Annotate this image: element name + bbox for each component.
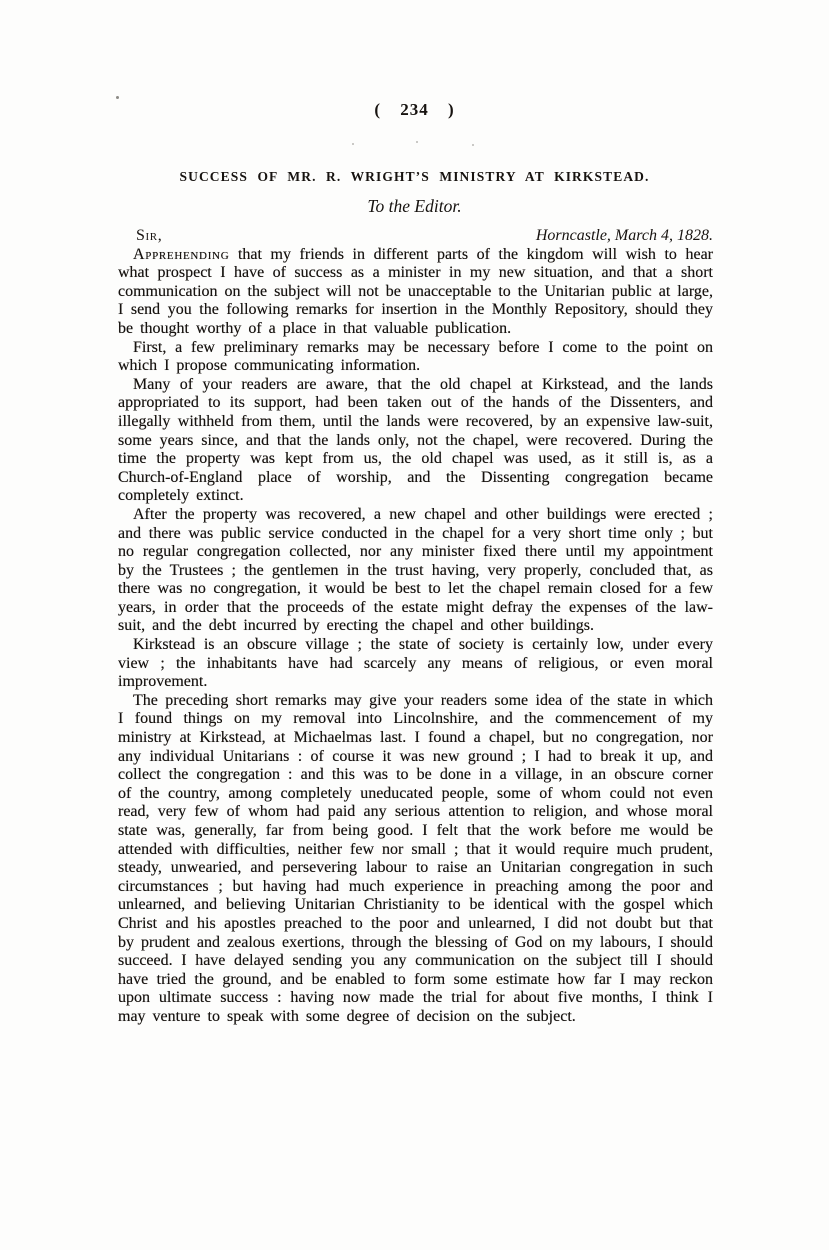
- scan-speck: [116, 96, 119, 99]
- scanned-page: ( 234 ) SUCCESS OF MR. R. WRIGHT’S MINIS…: [0, 0, 829, 1250]
- paragraph-ministry-account: The preceding short remarks may give you…: [118, 692, 713, 1027]
- paragraph-text: After the property was recovered, a new …: [118, 506, 713, 635]
- paragraph-apprehending: Apprehending that my friends in differen…: [118, 246, 713, 339]
- paragraph-old-chapel: Many of your readers are aware, that the…: [118, 376, 713, 506]
- paragraph-text: First, a few preliminary remarks may be …: [118, 339, 713, 375]
- article-title: SUCCESS OF MR. R. WRIGHT’S MINISTRY AT K…: [0, 169, 829, 185]
- scan-speck: [416, 141, 418, 143]
- dateline: Horncastle, March 4, 1828.: [536, 227, 713, 246]
- salutation: Sir,: [118, 227, 162, 246]
- paragraph-text: Kirkstead is an obscure village ; the st…: [118, 636, 713, 690]
- scan-speck: [472, 144, 474, 146]
- page-number: ( 234 ): [0, 100, 829, 120]
- paragraph-text: Many of your readers are aware, that the…: [118, 376, 713, 505]
- paragraph-kirkstead-village: Kirkstead is an obscure village ; the st…: [118, 636, 713, 692]
- paragraph-lead-word: Apprehending: [133, 246, 229, 263]
- letter-body: Sir, Horncastle, March 4, 1828. Apprehen…: [118, 227, 713, 1027]
- paragraph-text: The preceding short remarks may give you…: [118, 692, 713, 1025]
- salutation-row: Sir, Horncastle, March 4, 1828.: [118, 227, 713, 246]
- addressee-line: To the Editor.: [0, 196, 829, 217]
- paragraph-new-chapel: After the property was recovered, a new …: [118, 506, 713, 636]
- paragraph-preliminary: First, a few preliminary remarks may be …: [118, 339, 713, 376]
- scan-speck: [352, 143, 354, 145]
